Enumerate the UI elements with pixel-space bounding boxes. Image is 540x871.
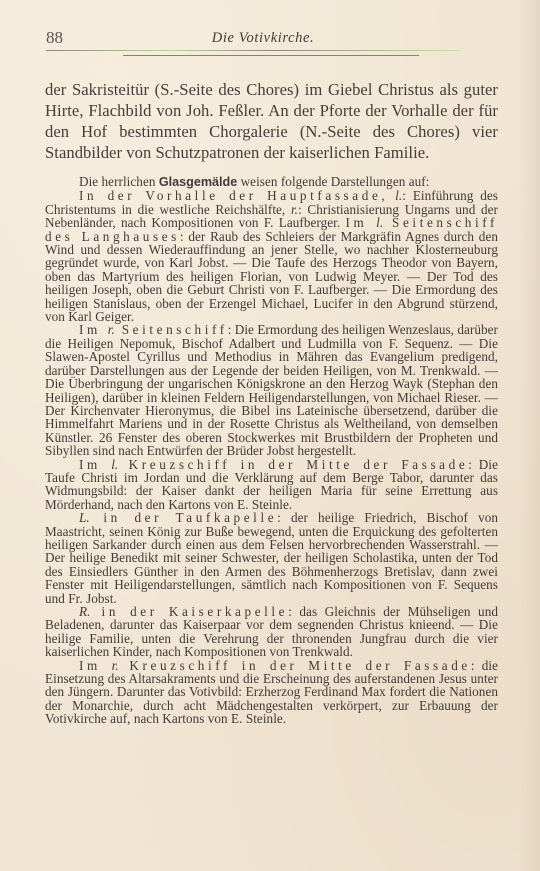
paragraph-vorhalle: In der Vorhalle der Hauptfassade, l.: Ei…	[45, 189, 498, 323]
paragraph-kaiserkapelle: R. in der Kaiserkapelle: das Gleichnis d…	[45, 605, 498, 659]
paragraph-r-seitenschiff: Im r. Seitenschiff: Die Ermordung des he…	[45, 323, 498, 457]
glass-paintings-section: Die herrlichen Glasgemälde weisen folgen…	[45, 175, 498, 726]
paragraph-l-kreuzschiff: Im l. Kreuzschiff in der Mitte der Fassa…	[45, 458, 498, 512]
header-rule-secondary	[123, 55, 419, 56]
running-title: Die Votivkirche.	[46, 30, 460, 47]
header-rule	[46, 50, 460, 51]
keyword-glasgemaelde: Glasgemälde	[159, 175, 237, 189]
intro-paragraph: der Sakristeitür (S.-Seite des Chores) i…	[45, 79, 498, 163]
paragraph-r-kreuzschiff: Im r. Kreuzschiff in der Mitte der Fassa…	[45, 659, 498, 726]
paragraph-glasgemaelde-intro: Die herrlichen Glasgemälde weisen folgen…	[45, 175, 498, 189]
book-page: 88 Die Votivkirche. der Sakristeitür (S.…	[0, 0, 540, 871]
body-text: der Sakristeitür (S.-Seite des Chores) i…	[45, 79, 498, 726]
paragraph-taufkapelle: L. in der Taufkapelle: der heilige Fried…	[45, 511, 498, 605]
running-head: 88 Die Votivkirche.	[46, 28, 460, 50]
intro-section: der Sakristeitür (S.-Seite des Chores) i…	[45, 79, 498, 163]
